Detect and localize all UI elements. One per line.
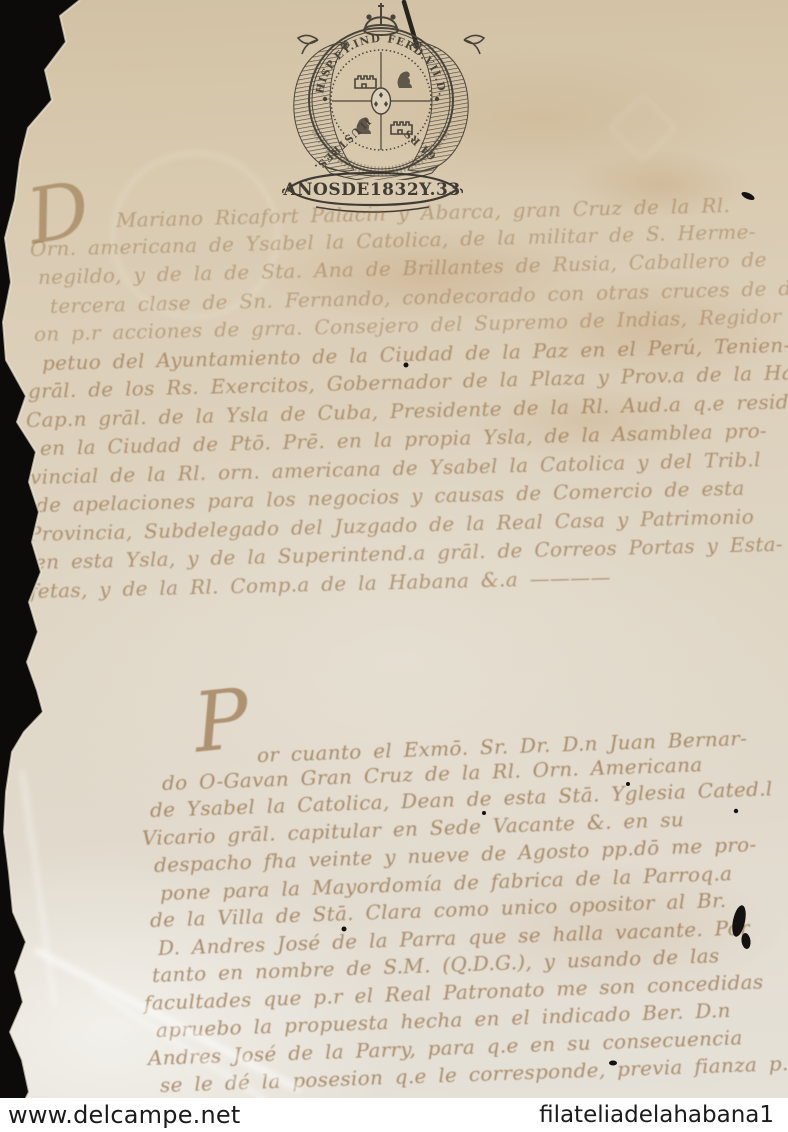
manuscript-paragraph-2: or cuanto el Exmō. Sr. Dr. D.n Juan Bern… [142, 742, 787, 1100]
bourbon-escutcheon [372, 88, 391, 114]
watermark-strip: www.delcampe.net filateliadelahabana1 [0, 1098, 788, 1132]
royal-seal-stamp: HISP.ET.IND.R FERD.VII.D.G ILUSTRES. 64.… [266, 0, 496, 180]
watermark-delcampe: www.delcampe.net [8, 1101, 240, 1129]
date-cartouche-text: AÑOSDE1832Y.33 [282, 178, 460, 200]
manuscript-paragraph-1: Mariano Ricafort Palacin y Abarca, gran … [26, 206, 786, 605]
seal-legend-left: HISP.ET.IND.R [266, 0, 381, 95]
watermark-seller: filateliadelahabana1 [539, 1102, 774, 1128]
scanned-document-page: HISP.ET.IND.R FERD.VII.D.G ILUSTRES. 64.… [0, 0, 788, 1132]
seal-crown [364, 3, 398, 35]
